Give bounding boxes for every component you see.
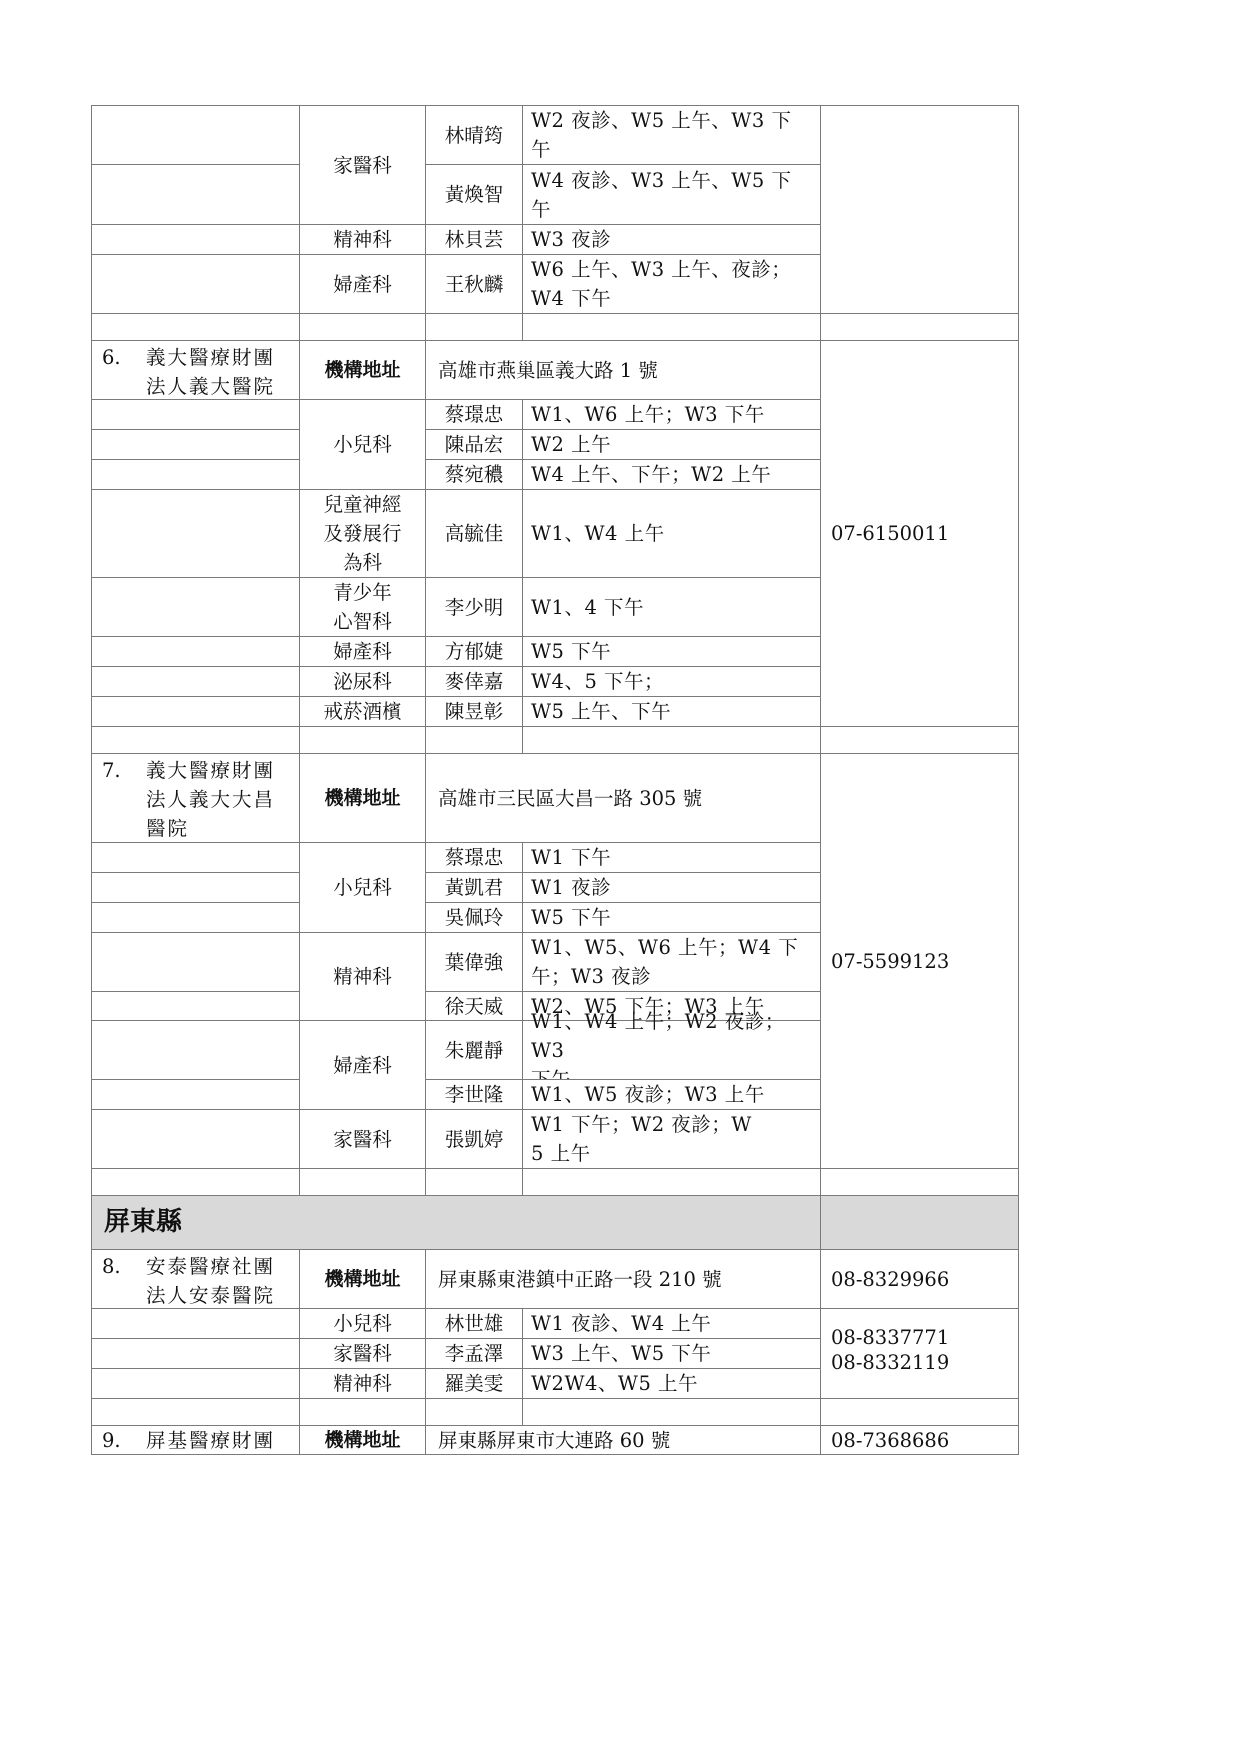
phone-line: 08-8337771 <box>831 1325 949 1350</box>
hospital-cell-empty <box>91 872 300 903</box>
hospital-name-cell: 8. 安泰醫療社團法人安泰醫院 <box>91 1249 300 1309</box>
hospital-cell-empty <box>91 842 300 873</box>
schedule-cell: W1、W5 夜診；W3 上午 <box>522 1079 821 1110</box>
dept-cell: 家醫科 <box>299 1338 426 1369</box>
doctor-cell: 蔡宛穠 <box>425 459 523 490</box>
hospital-name-line: 法人安泰醫院 <box>146 1281 275 1310</box>
schedule-cell: W1、W6 上午；W3 下午 <box>522 399 821 430</box>
hospital-name-line: 義大醫療財團 <box>146 343 275 372</box>
hospital-name-line: 醫院 <box>146 814 275 843</box>
dept-cell: 精神科 <box>299 932 426 1021</box>
phone-cell: 07-5599123 <box>820 753 1019 1169</box>
hospital-cell-empty <box>91 254 300 314</box>
doctor-cell: 陳品宏 <box>425 429 523 460</box>
schedule-cell: W3 夜診 <box>522 224 821 255</box>
schedule-cell: W2 上午 <box>522 429 821 460</box>
schedule-cell: W4、5 下午； <box>522 666 821 697</box>
dept-cell: 精神科 <box>299 224 426 255</box>
hospital-cell-empty <box>91 666 300 697</box>
hospital-name-cell: 6. 義大醫療財團法人義大醫院 <box>91 340 300 400</box>
schedule-line: W2 夜診、W5 上午、W3 下 <box>531 106 791 135</box>
dept-cell: 戒菸酒檳 <box>299 696 426 727</box>
hospital-name-line: 安泰醫療社團 <box>146 1252 275 1281</box>
dept-cell: 婦產科 <box>299 636 426 667</box>
doctor-cell: 林晴筠 <box>425 105 523 165</box>
doctor-cell: 李世隆 <box>425 1079 523 1110</box>
spacer-cell <box>522 1168 821 1196</box>
doctor-cell: 蔡璟忠 <box>425 842 523 873</box>
phone-cell: 07-6150011 <box>820 340 1019 727</box>
schedule-cell: W1、4 下午 <box>522 577 821 637</box>
address-value: 屏東縣東港鎮中正路一段 210 號 <box>425 1249 821 1309</box>
doctor-cell: 葉偉強 <box>425 932 523 992</box>
phone-cell-empty <box>820 105 1019 314</box>
spacer-cell <box>820 1398 1019 1426</box>
hospital-cell-empty <box>91 696 300 727</box>
schedule-cell: W5 下午 <box>522 636 821 667</box>
spacer-cell <box>299 313 426 341</box>
hospital-cell-empty <box>91 105 300 165</box>
schedule-line: 午 <box>531 195 791 224</box>
spacer-cell <box>425 1168 523 1196</box>
schedule-cell: W5 下午 <box>522 902 821 933</box>
dept-cell: 婦產科 <box>299 254 426 314</box>
doctor-cell: 方郁婕 <box>425 636 523 667</box>
spacer-cell <box>522 313 821 341</box>
schedule-line: W1、W5、W6 上午；W4 下 <box>531 933 798 962</box>
schedule-cell: W1 下午；W2 夜診；W5 上午 <box>522 1109 821 1169</box>
hospital-cell-empty <box>91 1109 300 1169</box>
spacer-cell <box>91 313 300 341</box>
schedule-cell: W6 上午、W3 上午、夜診；W4 下午 <box>522 254 821 314</box>
phone-cell: 08-7368686 <box>820 1425 1019 1455</box>
schedule-line: W1、W4 上午；W2 夜診；W3 <box>531 1007 812 1065</box>
spacer-cell <box>820 1168 1019 1196</box>
hospital-name-cell: 9. 屏基醫療財團 <box>91 1425 300 1455</box>
schedule-cell: W5 上午、下午 <box>522 696 821 727</box>
doctor-cell: 林貝芸 <box>425 224 523 255</box>
schedule-line: 午 <box>531 135 791 164</box>
schedule-cell: W1 下午 <box>522 842 821 873</box>
hospital-cell-empty <box>91 489 300 578</box>
hospital-cell-empty <box>91 1308 300 1339</box>
region-header-phone-cell <box>820 1195 1019 1250</box>
spacer-cell <box>425 1398 523 1426</box>
schedule-cell: W2 夜診、W5 上午、W3 下午 <box>522 105 821 165</box>
schedule-cell: W1 夜診、W4 上午 <box>522 1308 821 1339</box>
document-page: 家醫科 林晴筠 W2 夜診、W5 上午、W3 下午 黃煥智 W4 夜診、W3 上… <box>0 0 1241 1755</box>
doctor-cell: 王秋麟 <box>425 254 523 314</box>
doctor-cell: 吳佩玲 <box>425 902 523 933</box>
hospital-number: 7. <box>102 756 146 785</box>
hospital-cell-empty <box>91 932 300 992</box>
address-label: 機構地址 <box>299 1249 426 1309</box>
spacer-cell <box>299 1398 426 1426</box>
hospital-name-line: 法人義大醫院 <box>146 372 275 401</box>
address-label: 機構地址 <box>299 1425 426 1455</box>
dept-cell: 小兒科 <box>299 1308 426 1339</box>
doctor-cell: 高毓佳 <box>425 489 523 578</box>
hospital-name-line: 法人義大大昌 <box>146 785 275 814</box>
schedule-cell: W1、W4 上午；W2 夜診；W3下午 <box>522 1020 821 1080</box>
dept-cell: 泌尿科 <box>299 666 426 697</box>
dept-cell: 青少年心智科 <box>299 577 426 637</box>
hospital-cell-empty <box>91 399 300 430</box>
dept-line: 及發展行 <box>323 519 401 548</box>
phone-cell-secondary: 08-833777108-8332119 <box>820 1308 1019 1399</box>
dept-line: 兒童神經 <box>323 490 401 519</box>
doctor-cell: 張凱婷 <box>425 1109 523 1169</box>
spacer-cell <box>522 726 821 754</box>
dept-line: 為科 <box>323 548 401 577</box>
doctor-cell: 陳昱彰 <box>425 696 523 727</box>
schedule-line: 5 上午 <box>531 1139 752 1168</box>
doctor-cell: 朱麗靜 <box>425 1020 523 1080</box>
spacer-cell <box>91 1168 300 1196</box>
schedule-cell: W3 上午、W5 下午 <box>522 1338 821 1369</box>
spacer-cell <box>425 726 523 754</box>
doctor-cell: 羅美雯 <box>425 1368 523 1399</box>
hospital-number: 8. <box>102 1252 146 1281</box>
dept-line: 青少年 <box>333 578 392 607</box>
hospital-cell-empty <box>91 1079 300 1110</box>
address-label: 機構地址 <box>299 340 426 400</box>
spacer-cell <box>820 313 1019 341</box>
spacer-cell <box>299 1168 426 1196</box>
hospital-cell-empty <box>91 429 300 460</box>
schedule-cell: W2W4、W5 上午 <box>522 1368 821 1399</box>
hospital-cell-empty <box>91 164 300 225</box>
schedule-line: W4 下午 <box>531 284 791 313</box>
hospital-number: 6. <box>102 343 146 372</box>
hospital-cell-empty <box>91 1368 300 1399</box>
hospital-cell-empty <box>91 577 300 637</box>
dept-cell: 家醫科 <box>299 1109 426 1169</box>
dept-cell: 兒童神經及發展行為科 <box>299 489 426 578</box>
hospital-cell-empty <box>91 1338 300 1369</box>
schedule-line: W6 上午、W3 上午、夜診； <box>531 255 791 284</box>
address-value: 高雄市燕巢區義大路 1 號 <box>425 340 821 400</box>
schedule-cell: W4 夜診、W3 上午、W5 下午 <box>522 164 821 225</box>
dept-line: 心智科 <box>333 607 392 636</box>
doctor-cell: 黃煥智 <box>425 164 523 225</box>
spacer-cell <box>425 313 523 341</box>
phone-cell: 08-8329966 <box>820 1249 1019 1309</box>
doctor-cell: 徐天威 <box>425 991 523 1021</box>
hospital-name-line: 義大醫療財團 <box>146 756 275 785</box>
schedule-cell: W1、W5、W6 上午；W4 下午；W3 夜診 <box>522 932 821 992</box>
spacer-cell <box>820 726 1019 754</box>
doctor-cell: 麥倖嘉 <box>425 666 523 697</box>
address-value: 屏東縣屏東市大連路 60 號 <box>425 1425 821 1455</box>
doctor-cell: 李孟澤 <box>425 1338 523 1369</box>
dept-cell: 婦產科 <box>299 1020 426 1110</box>
address-label: 機構地址 <box>299 753 426 843</box>
region-header: 屏東縣 <box>91 1195 821 1250</box>
hospital-number: 9. <box>102 1426 146 1455</box>
schedule-cell: W1、W4 上午 <box>522 489 821 578</box>
doctor-cell: 黃凱君 <box>425 872 523 903</box>
schedule-line: W1 下午；W2 夜診；W <box>531 1110 752 1139</box>
schedule-line: 午；W3 夜診 <box>531 962 798 991</box>
doctor-cell: 李少明 <box>425 577 523 637</box>
dept-cell: 小兒科 <box>299 399 426 490</box>
hospital-cell-empty <box>91 1020 300 1080</box>
dept-cell: 家醫科 <box>299 105 426 225</box>
spacer-cell <box>299 726 426 754</box>
hospital-cell-empty <box>91 636 300 667</box>
spacer-cell <box>91 726 300 754</box>
doctor-cell: 蔡璟忠 <box>425 399 523 430</box>
hospital-cell-empty <box>91 224 300 255</box>
hospital-cell-empty <box>91 902 300 933</box>
hospital-name-cell: 7. 義大醫療財團法人義大大昌醫院 <box>91 753 300 843</box>
hospital-cell-empty <box>91 991 300 1021</box>
hospital-name-line: 屏基醫療財團 <box>146 1426 275 1455</box>
address-value: 高雄市三民區大昌一路 305 號 <box>425 753 821 843</box>
schedule-cell: W1 夜診 <box>522 872 821 903</box>
dept-cell: 精神科 <box>299 1368 426 1399</box>
hospital-cell-empty <box>91 459 300 490</box>
doctor-cell: 林世雄 <box>425 1308 523 1339</box>
schedule-line: W4 夜診、W3 上午、W5 下 <box>531 166 791 195</box>
schedule-cell: W4 上午、下午；W2 上午 <box>522 459 821 490</box>
phone-line: 08-8332119 <box>831 1350 949 1375</box>
spacer-cell <box>522 1398 821 1426</box>
dept-cell: 小兒科 <box>299 842 426 933</box>
spacer-cell <box>91 1398 300 1426</box>
